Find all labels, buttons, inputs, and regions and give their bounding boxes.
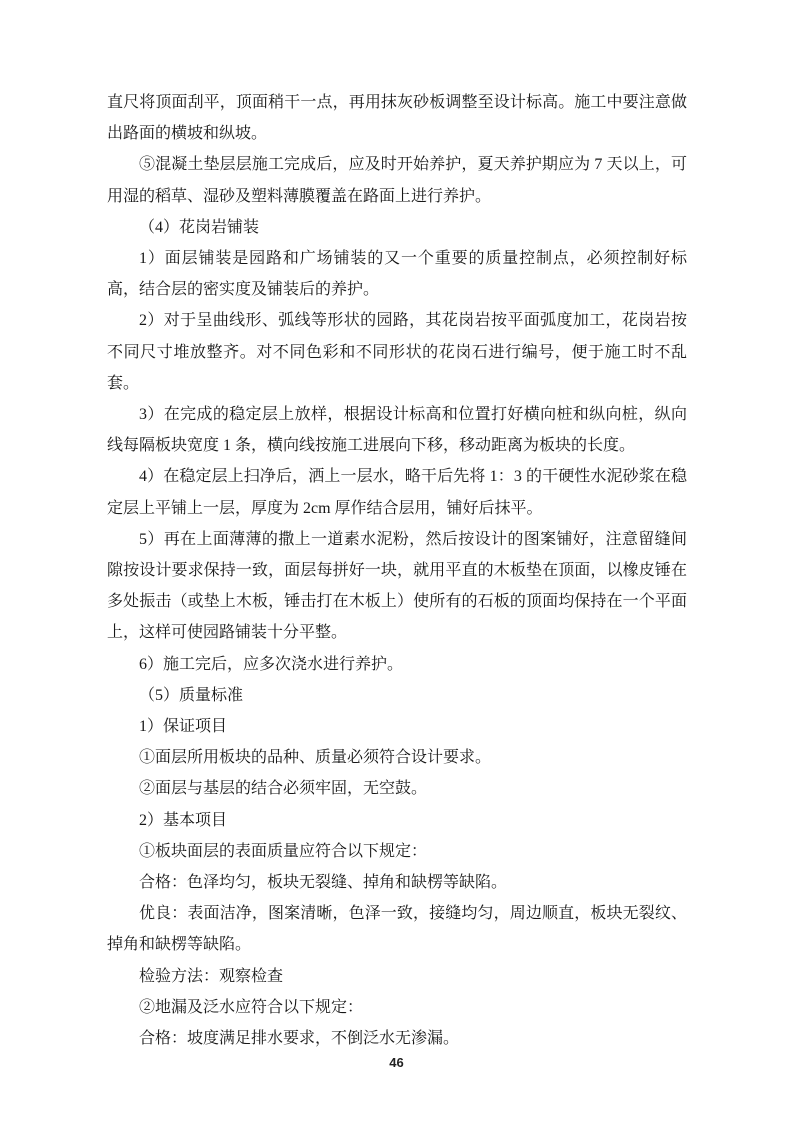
paragraph: 2）对于呈曲线形、弧线等形状的园路，其花岗岩按平面弧度加工，花岗岩按不同尺寸堆放…: [107, 305, 687, 399]
paragraph: （5）质量标准: [107, 680, 687, 711]
page-number: 46: [389, 1055, 403, 1071]
paragraph: 合格：色泽均匀，板块无裂缝、掉角和缺楞等缺陷。: [107, 867, 687, 898]
document-body: 直尺将顶面刮平，顶面稍干一点，再用抹灰砂板调整至设计标高。施工中要注意做出路面的…: [107, 87, 687, 1054]
paragraph: ②地漏及泛水应符合以下规定：: [107, 992, 687, 1023]
paragraph: 检验方法：观察检查: [107, 961, 687, 992]
paragraph: ①面层所用板块的品种、质量必须符合设计要求。: [107, 742, 687, 773]
document-page: 直尺将顶面刮平，顶面稍干一点，再用抹灰砂板调整至设计标高。施工中要注意做出路面的…: [0, 0, 793, 1122]
paragraph: 4）在稳定层上扫净后，洒上一层水，略干后先将 1：3 的干硬性水泥砂浆在稳定层上…: [107, 461, 687, 523]
paragraph: ⑤混凝土垫层层施工完成后，应及时开始养护，夏天养护期应为 7 天以上，可用湿的稻…: [107, 149, 687, 211]
paragraph: 1）面层铺装是园路和广场铺装的又一个重要的质量控制点，必须控制好标高，结合层的密…: [107, 243, 687, 305]
paragraph: 优良：表面洁净，图案清晰，色泽一致，接缝均匀，周边顺直，板块无裂纹、掉角和缺楞等…: [107, 898, 687, 960]
paragraph: （4）花岗岩铺装: [107, 212, 687, 243]
paragraph: 6）施工完后，应多次浇水进行养护。: [107, 649, 687, 680]
paragraph: 合格：坡度满足排水要求，不倒泛水无渗漏。: [107, 1023, 687, 1054]
paragraph: ①板块面层的表面质量应符合以下规定：: [107, 836, 687, 867]
paragraph: 1）保证项目: [107, 711, 687, 742]
paragraph: 2）基本项目: [107, 805, 687, 836]
paragraph: 3）在完成的稳定层上放样，根据设计标高和位置打好横向桩和纵向桩，纵向线每隔板块宽…: [107, 399, 687, 461]
paragraph: 直尺将顶面刮平，顶面稍干一点，再用抹灰砂板调整至设计标高。施工中要注意做出路面的…: [107, 87, 687, 149]
page-footer: 46: [0, 1052, 793, 1122]
paragraph: 5）再在上面薄薄的撒上一道素水泥粉，然后按设计的图案铺好，注意留缝间隙按设计要求…: [107, 524, 687, 649]
paragraph: ②面层与基层的结合必须牢固，无空鼓。: [107, 773, 687, 804]
